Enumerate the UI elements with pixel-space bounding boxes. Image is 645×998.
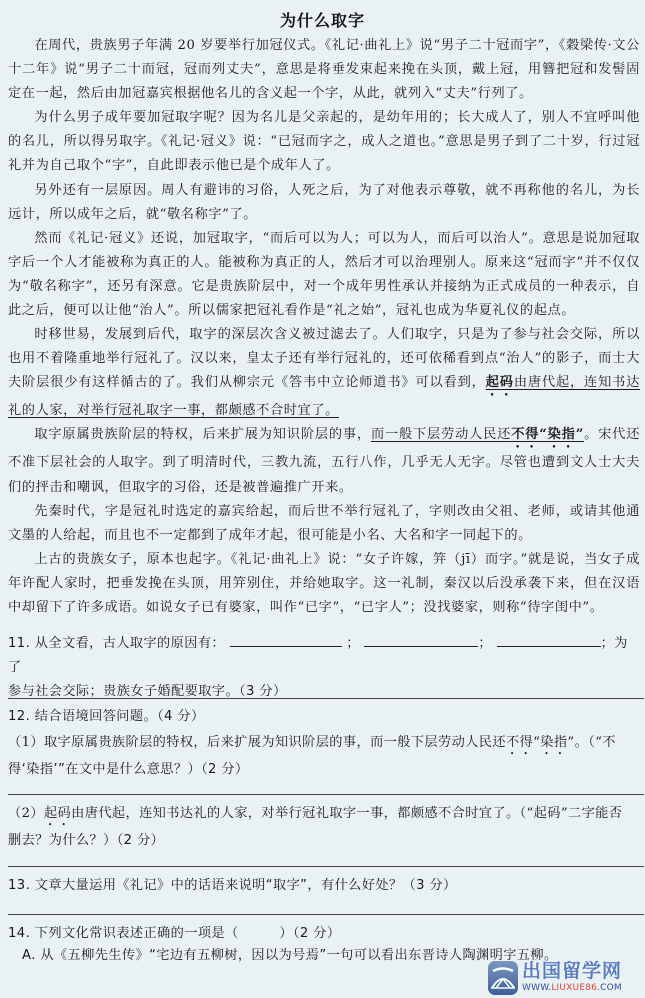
article-paragraph: 时移世易，发展到后代，取字的深层次含义被过滤去了。人们取字，只是为了参与社会交际… — [8, 323, 640, 423]
answer-blank-2[interactable] — [364, 632, 478, 647]
watermark-site-name: 出国留学网 — [522, 962, 622, 981]
site-watermark: 出国留学网 WWW.LIUXUE86.COM — [488, 957, 645, 998]
answer-blank-1[interactable] — [230, 632, 342, 647]
question-11-line1: 11. 从全文看，古人取字的原因有： ； ； ；为了 — [8, 632, 640, 680]
article-paragraph: 先秦时代，字是冠礼时选定的嘉宾给起，而后世不举行冠礼了，字则改由父祖、老师，或请… — [8, 500, 640, 548]
answer-line-11[interactable] — [8, 698, 644, 699]
emphasized-word: 不得“染指” — [506, 735, 575, 750]
article-paragraph: 在周代，贵族男子年满 20 岁要举行加冠仪式。《礼记·曲礼上》说“男子二十冠而字… — [8, 34, 640, 106]
question-11-prefix: 11. 从全文看，古人取字的原因有： — [8, 636, 225, 651]
emphasized-word: 不得“染指” — [511, 427, 584, 442]
question-14-stem: 14. 下列文化常识表述正确的一项是（ ）（2 分） — [8, 922, 640, 946]
text-span: （2） — [8, 806, 44, 821]
article-paragraph: 然而《礼记·冠义》还说，加冠取字，“而后可以为人；可以为人，而后可以治人”。意思… — [8, 227, 640, 323]
text-span: 由唐代起，连知书达礼的人家，对举行冠礼取字一事，都颇感不合时宜了。（“起码”二字… — [71, 806, 622, 821]
question-12-part-1-line2: 得‘染指’”在文中是什么意思？）（2 分） — [8, 758, 640, 782]
emphasized-word: 起码 — [486, 375, 514, 390]
globe-arch-logo-icon — [488, 961, 518, 995]
separator: ； — [346, 636, 360, 651]
url-suffix: .COM — [597, 983, 622, 993]
answer-line-12-1[interactable] — [8, 794, 644, 795]
emphasized-word: 起码 — [44, 806, 71, 821]
watermark-url: WWW.LIUXUE86.COM — [522, 984, 622, 993]
article-title: 为什么取字 — [0, 8, 645, 31]
watermark-text: 出国留学网 WWW.LIUXUE86.COM — [522, 962, 622, 993]
url-highlight: LIUXUE86 — [551, 983, 597, 993]
question-12-part-1-line1: （1）取字原属贵族阶层的特权，后来扩展为知识阶层的事，而一般下层劳动人民还不得“… — [8, 731, 640, 758]
url-prefix: WWW. — [522, 983, 551, 993]
question-12-stem: 12. 结合语境回答问题。（4 分） — [8, 705, 640, 729]
question-12-part-2: （2）起码由唐代起，连知书达礼的人家，对举行冠礼取字一事，都颇感不合时宜了。（“… — [8, 802, 640, 853]
separator: ； — [478, 636, 492, 651]
text-span: （1）取字原属贵族阶层的特权，后来扩展为知识阶层的事，而一般下层劳动人民还 — [8, 735, 506, 750]
answer-line-13[interactable] — [8, 914, 644, 915]
article-paragraph: 取字原属贵族阶层的特权，后来扩展为知识阶层的事，而一般下层劳动人民还不得“染指”… — [8, 423, 640, 499]
question-12-part-2-line1: （2）起码由唐代起，连知书达礼的人家，对举行冠礼取字一事，都颇感不合时宜了。（“… — [8, 802, 640, 829]
exam-page: 为什么取字 在周代，贵族男子年满 20 岁要举行加冠仪式。《礼记·曲礼上》说“男… — [0, 0, 645, 998]
article-paragraph: 为什么男子成年要加冠取字呢？因为名儿是父亲起的，是幼年用的；长大成人了，别人不宜… — [8, 106, 640, 178]
text-span: 。（“不 — [575, 735, 616, 750]
question-12-part-1: （1）取字原属贵族阶层的特权，后来扩展为知识阶层的事，而一般下层劳动人民还不得“… — [8, 731, 640, 782]
underlined-sentence: 而一般下层劳动人民还不得“染指” — [371, 427, 584, 442]
answer-line-12-2[interactable] — [8, 866, 644, 867]
question-12-part-2-line2: 删去？为什么？）（2 分） — [8, 829, 640, 853]
article-paragraph: 另外还有一层原因。周人有避讳的习俗，人死之后，为了对他表示尊敬，就不再称他的名儿… — [8, 179, 640, 227]
article-paragraph: 上古的贵族女子，原本也起字。《礼记·曲礼上》说：“女子许嫁，笄（jī）而字。”就… — [8, 548, 640, 620]
text-span: 而一般下层劳动人民还 — [371, 427, 511, 442]
question-13-stem: 13. 文章大量运用《礼记》中的话语来说明“取字”，有什么好处？（3 分） — [8, 874, 640, 898]
text-span: 取字原属贵族阶层的特权，后来扩展为知识阶层的事， — [34, 427, 371, 442]
answer-blank-3[interactable] — [497, 632, 601, 647]
question-11: 11. 从全文看，古人取字的原因有： ； ； ；为了 参与社会交际；贵族女子婚配… — [8, 632, 640, 704]
question-11-line2: 参与社会交际；贵族女子婚配要取字。（3 分） — [8, 680, 640, 704]
article-body: 在周代，贵族男子年满 20 岁要举行加冠仪式。《礼记·曲礼上》说“男子二十冠而字… — [8, 34, 640, 620]
